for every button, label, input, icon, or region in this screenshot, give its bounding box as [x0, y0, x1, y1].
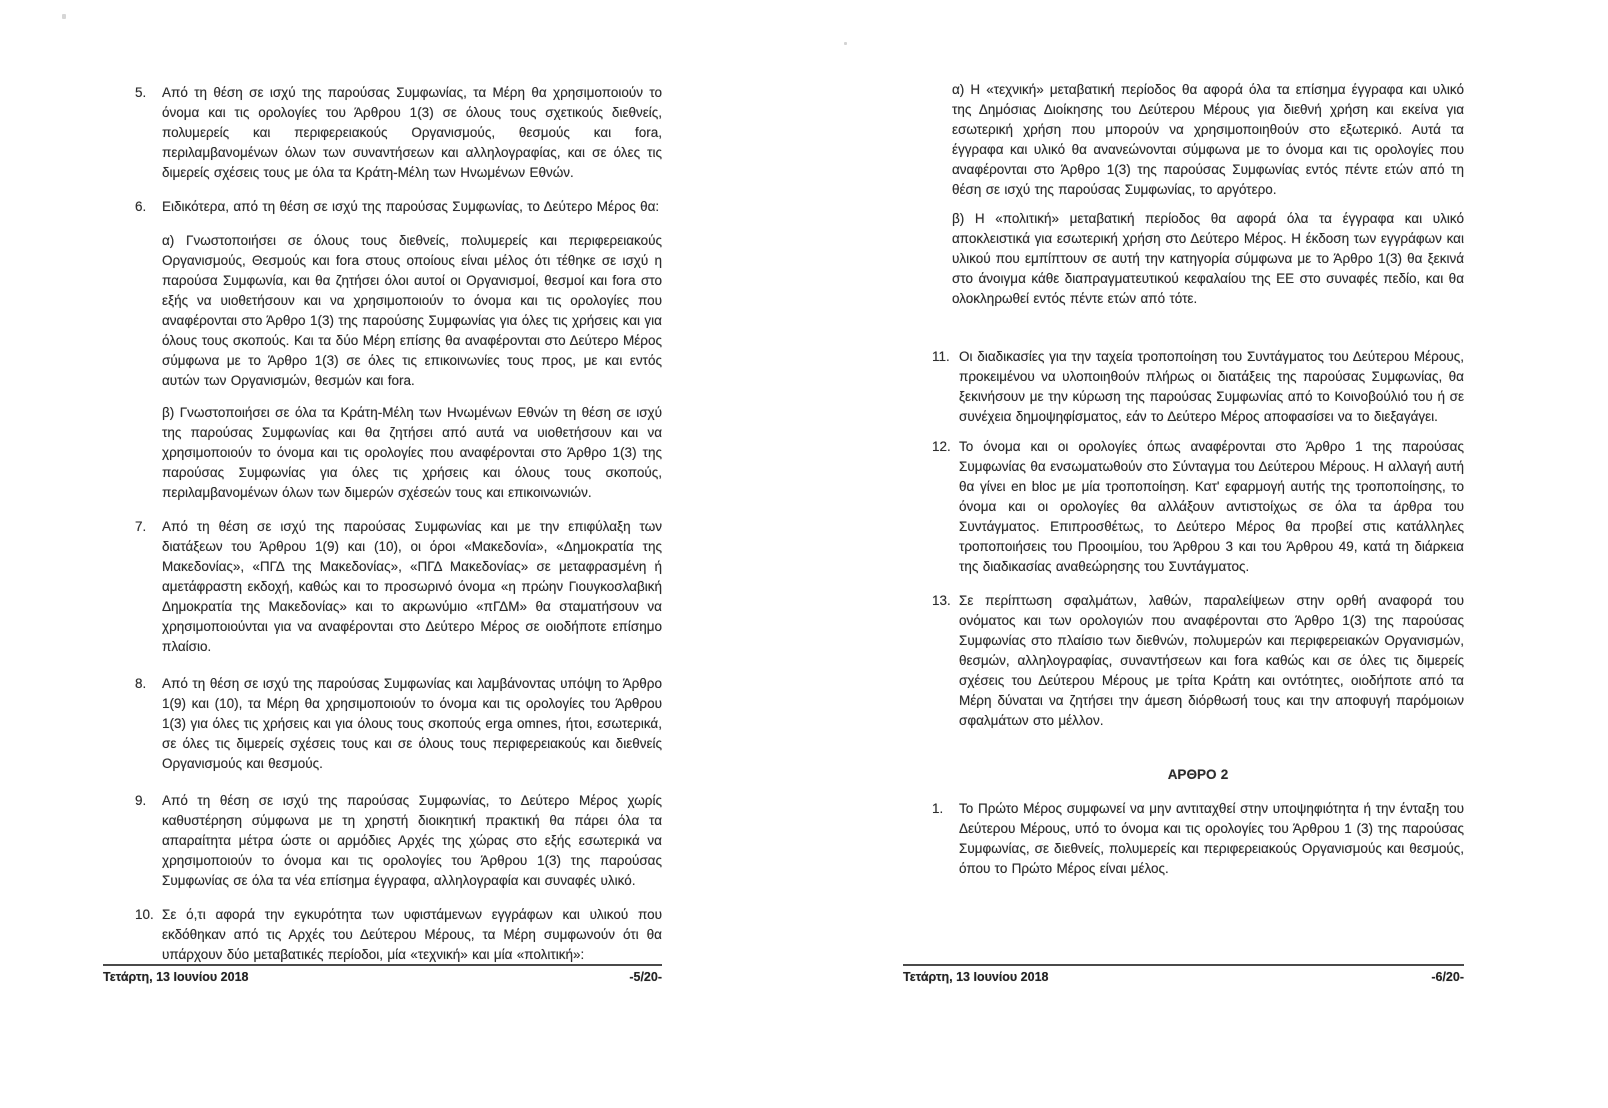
paragraph-6b: β) Γνωστοποιήσει σε όλα τα Κράτη-Μέλη τω…	[162, 403, 662, 503]
sub-paragraph-label: α)	[952, 82, 964, 97]
sub-paragraph-text: Γνωστοποιήσει σε όλους τους διεθνείς, πο…	[162, 233, 662, 388]
page-5-body: 5. Από τη θέση σε ισχύ της παρούσας Συμφ…	[135, 83, 662, 965]
paragraph-text: Σε ό,τι αφορά την εγκυρότητα των υφιστάμ…	[162, 907, 662, 962]
paragraph-5: 5. Από τη θέση σε ισχύ της παρούσας Συμφ…	[135, 83, 662, 183]
sub-paragraph-label: α)	[162, 233, 174, 248]
paragraph-10a: α) Η «τεχνική» μεταβατική περίοδος θα αφ…	[952, 80, 1464, 200]
paragraph-number: 8.	[135, 674, 146, 694]
paragraph-text: Το όνομα και οι ορολογίες όπως αναφέροντ…	[959, 439, 1464, 574]
paragraph-6-intro: 6. Ειδικότερα, από τη θέση σε ισχύ της π…	[135, 197, 662, 217]
paragraph-text: Από τη θέση σε ισχύ της παρούσας Συμφωνί…	[162, 519, 662, 654]
paragraph-text: Ειδικότερα, από τη θέση σε ισχύ της παρο…	[162, 199, 659, 214]
paragraph-10: 10. Σε ό,τι αφορά την εγκυρότητα των υφι…	[135, 905, 662, 965]
footer-page-number: -6/20-	[1431, 970, 1464, 984]
paragraph-9: 9. Από τη θέση σε ισχύ της παρούσας Συμφ…	[135, 791, 662, 891]
scan-speck	[62, 14, 66, 19]
scan-speck	[844, 42, 847, 45]
paragraph-number: 10.	[135, 905, 154, 925]
sub-paragraph-text: Γνωστοποιήσει σε όλα τα Κράτη-Μέλη των Η…	[162, 405, 662, 500]
page-6-footer: Τετάρτη, 13 Ιουνίου 2018 -6/20-	[903, 964, 1464, 984]
footer-page-number: -5/20-	[629, 970, 662, 984]
sub-paragraph-text: Η «τεχνική» μεταβατική περίοδος θα αφορά…	[952, 82, 1464, 197]
paragraph-10b: β) Η «πολιτική» μεταβατική περίοδος θα α…	[952, 209, 1464, 309]
footer-date: Τετάρτη, 13 Ιουνίου 2018	[103, 970, 248, 984]
article-2-paragraph-1: 1. Το Πρώτο Μέρος συμφωνεί να μην αντιτα…	[932, 799, 1464, 879]
paragraph-number: 9.	[135, 791, 146, 811]
paragraph-number: 12.	[932, 437, 951, 457]
paragraph-number: 13.	[932, 591, 951, 611]
paragraph-12: 12. Το όνομα και οι ορολογίες όπως αναφέ…	[932, 437, 1464, 577]
paragraph-text: Από τη θέση σε ισχύ της παρούσας Συμφωνί…	[162, 85, 662, 180]
paragraph-text: Το Πρώτο Μέρος συμφωνεί να μην αντιταχθε…	[959, 801, 1464, 876]
paragraph-text: Από τη θέση σε ισχύ της παρούσας Συμφωνί…	[162, 793, 662, 888]
sub-paragraph-label: β)	[162, 405, 174, 420]
page-5-footer: Τετάρτη, 13 Ιουνίου 2018 -5/20-	[103, 964, 662, 984]
paragraph-13: 13. Σε περίπτωση σφαλμάτων, λαθών, παραλ…	[932, 591, 1464, 731]
paragraph-number: 7.	[135, 517, 146, 537]
paragraph-text: Σε περίπτωση σφαλμάτων, λαθών, παραλείψε…	[959, 593, 1464, 728]
paragraph-number: 5.	[135, 83, 146, 103]
article-2-heading: ΑΡΘΡΟ 2	[932, 765, 1464, 785]
paragraph-text: Οι διαδικασίες για την ταχεία τροποποίησ…	[959, 349, 1464, 424]
paragraph-number: 1.	[932, 799, 943, 819]
sub-paragraph-text: Η «πολιτική» μεταβατική περίοδος θα αφορ…	[952, 211, 1464, 306]
sub-paragraph-label: β)	[952, 211, 964, 226]
paragraph-7: 7. Από τη θέση σε ισχύ της παρούσας Συμφ…	[135, 517, 662, 657]
paragraph-8: 8. Από τη θέση σε ισχύ της παρούσας Συμφ…	[135, 674, 662, 774]
scanned-agreement-spread: { "left_page": { "items": [ { "number": …	[0, 0, 1608, 1108]
footer-date: Τετάρτη, 13 Ιουνίου 2018	[903, 970, 1048, 984]
paragraph-number: 11.	[932, 347, 950, 367]
paragraph-11: 11. Οι διαδικασίες για την ταχεία τροποπ…	[932, 347, 1464, 427]
paragraph-text: Από τη θέση σε ισχύ της παρούσας Συμφωνί…	[162, 676, 662, 771]
paragraph-6a: α) Γνωστοποιήσει σε όλους τους διεθνείς,…	[162, 231, 662, 391]
page-6-body: α) Η «τεχνική» μεταβατική περίοδος θα αφ…	[932, 80, 1464, 879]
paragraph-number: 6.	[135, 197, 146, 217]
